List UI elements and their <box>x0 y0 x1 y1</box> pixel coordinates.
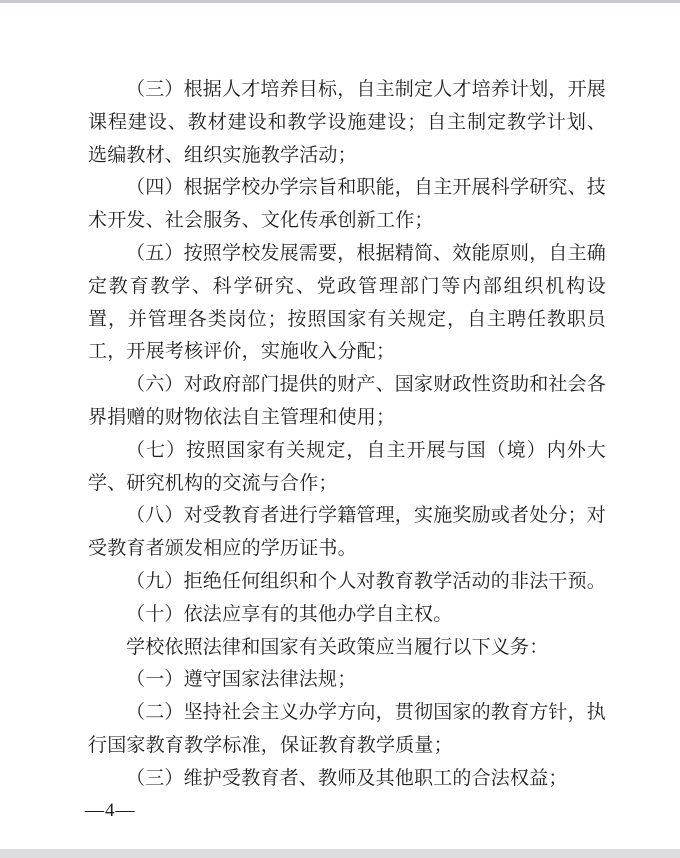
document-page: （三）根据人才培养目标，自主制定人才培养计划，开展课程建设、教材建设和教学设施建… <box>88 74 606 796</box>
paragraph-obligation-2: （二）坚持社会主义办学方向，贯彻国家的教育方针，执行国家教育教学标准，保证教育教… <box>88 697 606 763</box>
scan-bottom-edge <box>0 849 680 858</box>
paragraph-item-5: （五）按照学校发展需要，根据精简、效能原则，自主确定教育教学、科学研究、党政管理… <box>88 238 606 369</box>
paragraph-item-8: （八）对受教育者进行学籍管理，实施奖励或者处分；对受教育者颁发相应的学历证书。 <box>88 500 606 566</box>
paragraph-obligations-intro: 学校依照法律和国家有关政策应当履行以下义务： <box>88 632 606 665</box>
paragraph-item-3: （三）根据人才培养目标，自主制定人才培养计划，开展课程建设、教材建设和教学设施建… <box>88 74 606 172</box>
paragraph-obligation-1: （一）遵守国家法律法规； <box>88 664 606 697</box>
scan-top-edge <box>0 0 680 3</box>
page-number: —4— <box>85 800 136 822</box>
paragraph-obligation-3: （三）维护受教育者、教师及其他职工的合法权益； <box>88 763 606 796</box>
paragraph-item-10: （十）依法应享有的其他办学自主权。 <box>88 599 606 632</box>
paragraph-item-4: （四）根据学校办学宗旨和职能，自主开展科学研究、技术开发、社会服务、文化传承创新… <box>88 172 606 238</box>
paragraph-item-7: （七）按照国家有关规定，自主开展与国（境）内外大学、研究机构的交流与合作； <box>88 435 606 501</box>
paragraph-item-6: （六）对政府部门提供的财产、国家财政性资助和社会各界捐赠的财物依法自主管理和使用… <box>88 369 606 435</box>
paragraph-item-9: （九）拒绝任何组织和个人对教育教学活动的非法干预。 <box>88 566 606 599</box>
